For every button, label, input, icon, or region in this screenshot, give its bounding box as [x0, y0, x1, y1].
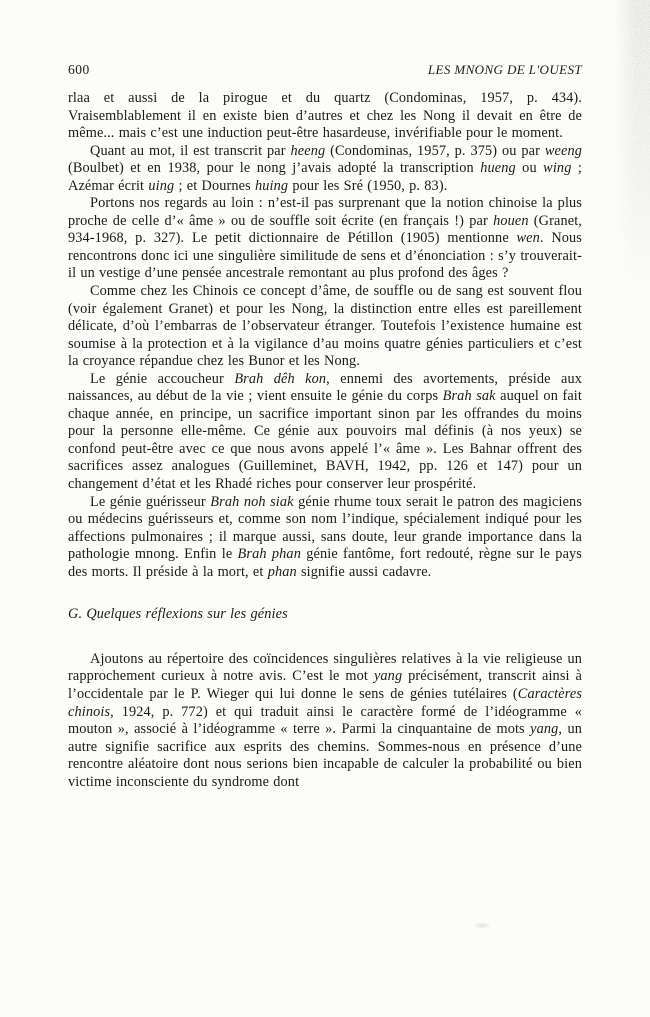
paragraph: rlaa et aussi de la pirogue et du quartz… [68, 90, 582, 143]
italic-text-run: weeng [545, 143, 582, 159]
page-number: 600 [68, 62, 90, 78]
italic-text-run: wen [517, 230, 540, 246]
text-run: Comme chez les Chinois ce concept d’âme,… [68, 283, 582, 369]
italic-text-run: huing [255, 178, 288, 194]
paragraph: Ajoutons au répertoire des coïncidences … [68, 651, 582, 791]
text-run: , 1924, p. 772) et qui traduit ainsi le … [68, 704, 582, 738]
scan-noise-artifact [614, 0, 650, 300]
italic-text-run: Brah dêh kon [234, 371, 326, 387]
text-run: ; et Dournes [174, 178, 255, 194]
italic-text-run: G. Quelques réflexions sur les génies [68, 606, 288, 622]
paragraph: Le génie accoucheur Brah dêh kon, ennemi… [68, 371, 582, 494]
italic-text-run: houen [493, 213, 529, 229]
paragraph: Quant au mot, il est transcrit par heeng… [68, 143, 582, 196]
page-header: 600 LES MNONG DE L'OUEST [68, 62, 582, 78]
text-run: (Boulbet) et en 1938, pour le nong j’ava… [68, 160, 480, 176]
text-run: signifie aussi cadavre. [297, 564, 432, 580]
italic-text-run: uing [148, 178, 174, 194]
italic-text-run: yang [530, 721, 558, 737]
noise-texture [614, 0, 650, 300]
text-run: Quant au mot, il est transcrit par [90, 143, 291, 159]
italic-text-run: wing [543, 160, 571, 176]
paragraph: Comme chez les Chinois ce concept d’âme,… [68, 283, 582, 371]
italic-text-run: yang [374, 668, 402, 684]
text-run: Le génie guérisseur [90, 494, 210, 510]
italic-text-run: hueng [480, 160, 516, 176]
page-body: rlaa et aussi de la pirogue et du quartz… [68, 90, 582, 791]
running-title: LES MNONG DE L'OUEST [428, 62, 582, 78]
italic-text-run: Brah sak [443, 388, 496, 404]
italic-text-run: Brah noh siak [210, 494, 293, 510]
italic-text-run: phan [268, 564, 297, 580]
text-run: rlaa et aussi de la pirogue et du quartz… [68, 90, 582, 141]
scan-smudge-artifact [472, 922, 492, 929]
text-run: ou [516, 160, 543, 176]
italic-text-run: heeng [291, 143, 326, 159]
section-heading: G. Quelques réflexions sur les génies [68, 606, 582, 624]
book-page-scan: 600 LES MNONG DE L'OUEST rlaa et aussi d… [0, 0, 650, 1017]
paragraph: Le génie guérisseur Brah noh siak génie … [68, 494, 582, 582]
text-run: Le génie accoucheur [90, 371, 234, 387]
italic-text-run: Brah phan [238, 546, 301, 562]
text-run: (Condominas, 1957, p. 375) ou par [325, 143, 545, 159]
paragraph: Portons nos regards au loin : n’est-il p… [68, 195, 582, 283]
text-run: pour les Sré (1950, p. 83). [288, 178, 447, 194]
